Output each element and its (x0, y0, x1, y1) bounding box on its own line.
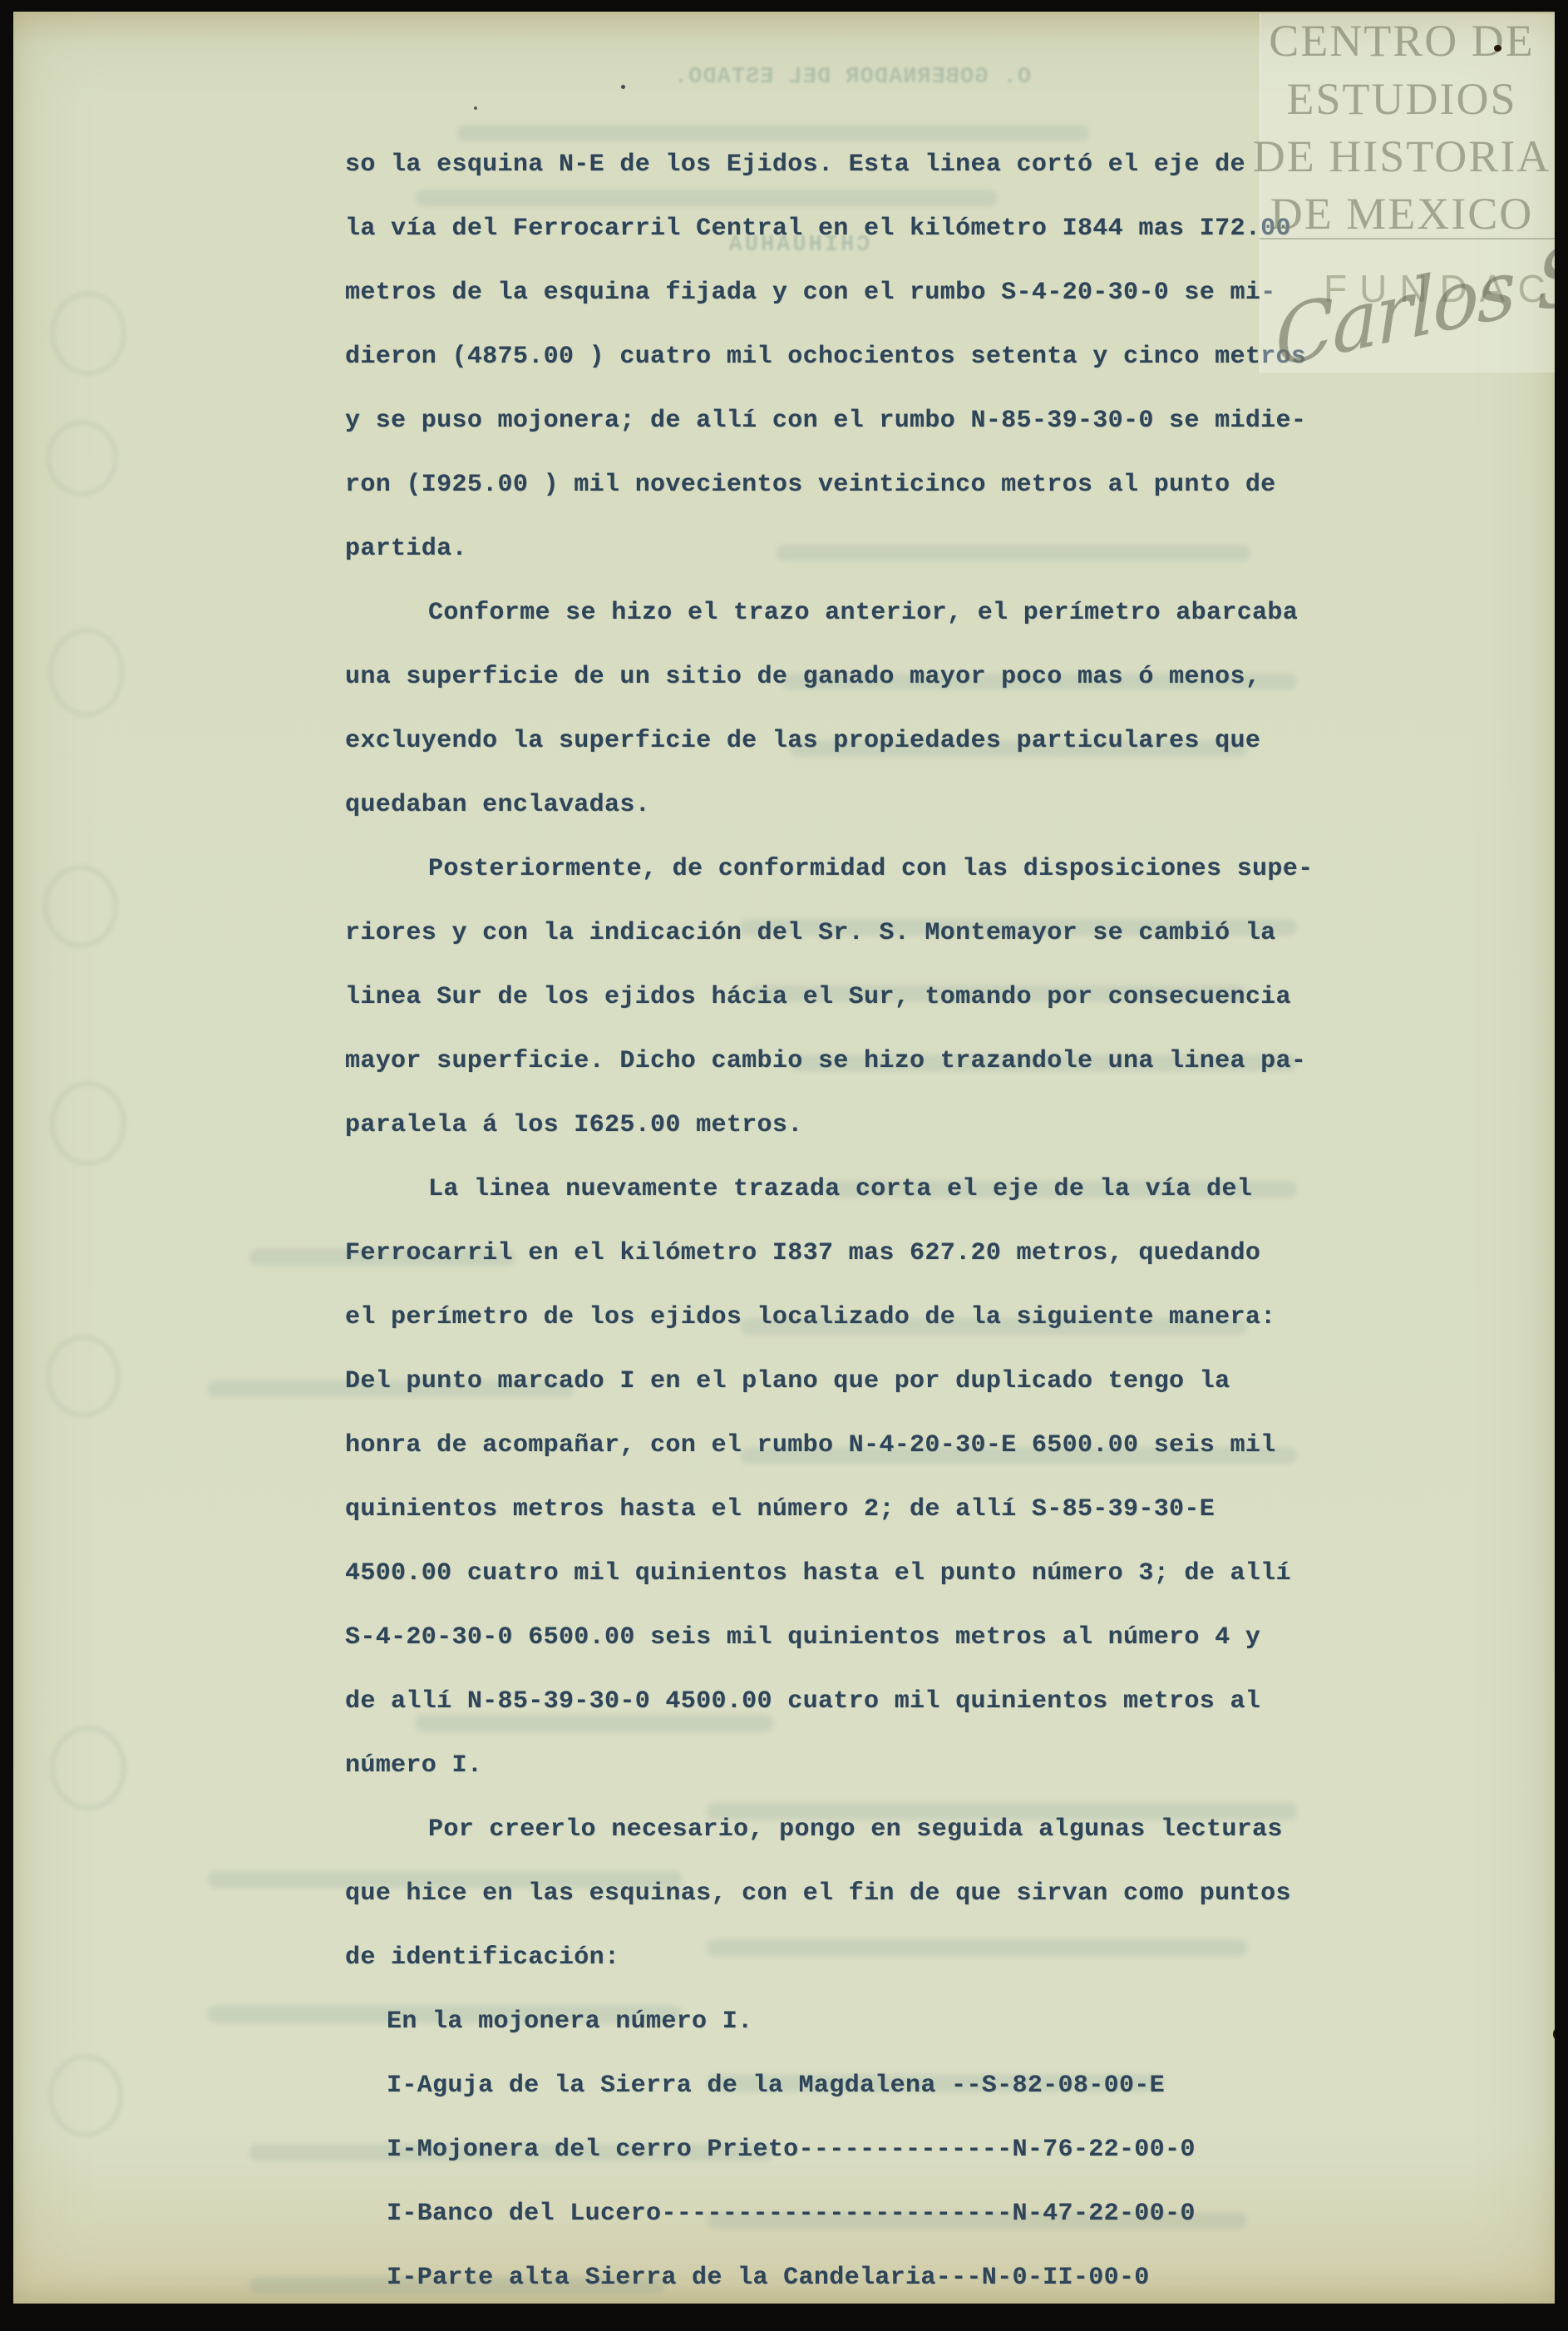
bleedthrough-mark (46, 1335, 121, 1418)
bleedthrough-mark (43, 865, 118, 948)
paper-speck (474, 106, 477, 110)
typed-line: una superficie de un sitio de ganado may… (345, 645, 1326, 709)
watermark-org-line: ESTUDIOS (1244, 73, 1555, 125)
typed-line: honra de acompañar, con el rumbo N-4-20-… (345, 1414, 1326, 1478)
typed-line: ron (I925.00 ) mil novecientos veinticin… (345, 453, 1326, 517)
bleedthrough-mark (46, 420, 118, 496)
typed-line: Del punto marcado I en el plano que por … (345, 1350, 1326, 1414)
typed-line: el perímetro de los ejidos localizado de… (345, 1286, 1326, 1350)
paper-speck (1494, 45, 1501, 52)
typed-line: 4500.00 cuatro mil quinientos hasta el p… (345, 1542, 1326, 1606)
typed-line: mayor superficie. Dicho cambio se hizo t… (345, 1030, 1326, 1094)
typed-line: Por creerlo necesario, pongo en seguida … (345, 1798, 1326, 1862)
typed-text-block: so la esquina N-E de los Ejidos. Esta li… (345, 133, 1326, 2304)
bleedthrough-mark (48, 2054, 123, 2137)
typed-line: que hice en las esquinas, con el fin de … (345, 1862, 1326, 1926)
typed-line-bearing: I-Mojonera del cerro Prieto-------------… (345, 2118, 1326, 2182)
typed-line: dieron (4875.00 ) cuatro mil ochocientos… (345, 325, 1326, 389)
typed-line: Conforme se hizo el trazo anterior, el p… (345, 581, 1326, 645)
typed-line: número I. (345, 1734, 1326, 1798)
typed-line: quinientos metros hasta el número 2; de … (345, 1478, 1326, 1542)
typed-line: de identificación: (345, 1926, 1326, 1990)
typed-line: Ferrocarril en el kilómetro I837 mas 627… (345, 1222, 1326, 1286)
typed-line: excluyendo la superficie de las propieda… (345, 709, 1326, 773)
scanned-document-page: O. GOBERNADOR DEL ESTADO. CHIHUAHUA (0, 0, 1568, 2331)
bleedthrough-mark (50, 1726, 126, 1810)
bleedthrough-mark (48, 628, 125, 717)
typed-line: riores y con la indicación del Sr. S. Mo… (345, 901, 1326, 965)
typed-line: paralela á los I625.00 metros. (345, 1094, 1326, 1158)
typed-line: partida. (345, 517, 1326, 581)
watermark-org-line: CENTRO DE (1244, 15, 1555, 67)
watermark-org-line: DE HISTORIA (1244, 131, 1555, 182)
typed-line-bearing: I-Parte alta Sierra de la Candelaria---N… (345, 2246, 1326, 2304)
paper-speck (1553, 2028, 1555, 2040)
watermark-divider (1260, 238, 1555, 240)
typed-line: La linea nuevamente trazada corta el eje… (345, 1158, 1326, 1222)
typed-line-bearing: I-Aguja de la Sierra de la Magdalena --S… (345, 2054, 1326, 2118)
typed-line: linea Sur de los ejidos hácia el Sur, to… (345, 965, 1326, 1030)
typed-line-bearing: I-Banco del Lucero----------------------… (345, 2182, 1326, 2246)
typed-line: quedaban enclavadas. (345, 773, 1326, 837)
typed-line: S-4-20-30-0 6500.00 seis mil quinientos … (345, 1606, 1326, 1670)
paper-sheet: O. GOBERNADOR DEL ESTADO. CHIHUAHUA (13, 12, 1555, 2304)
paper-speck (621, 85, 625, 89)
typed-line: En la mojonera número I. (345, 1990, 1326, 2054)
typed-line: de allí N-85-39-30-0 4500.00 cuatro mil … (345, 1670, 1326, 1734)
bleedthrough-mark (50, 291, 126, 376)
bleedthrough-mark (50, 1081, 126, 1166)
typed-line: y se puso mojonera; de allí con el rumbo… (345, 389, 1326, 453)
typed-line: la vía del Ferrocarril Central en el kil… (345, 197, 1326, 261)
typed-line: metros de la esquina fijada y con el rum… (345, 261, 1326, 325)
watermark-org-line: DE MEXICO (1244, 188, 1555, 240)
typed-line: so la esquina N-E de los Ejidos. Esta li… (345, 133, 1326, 197)
typed-line: Posteriormente, de conformidad con las d… (345, 837, 1326, 901)
bleedthrough-addressee-line: O. GOBERNADOR DEL ESTADO. (549, 65, 1156, 90)
